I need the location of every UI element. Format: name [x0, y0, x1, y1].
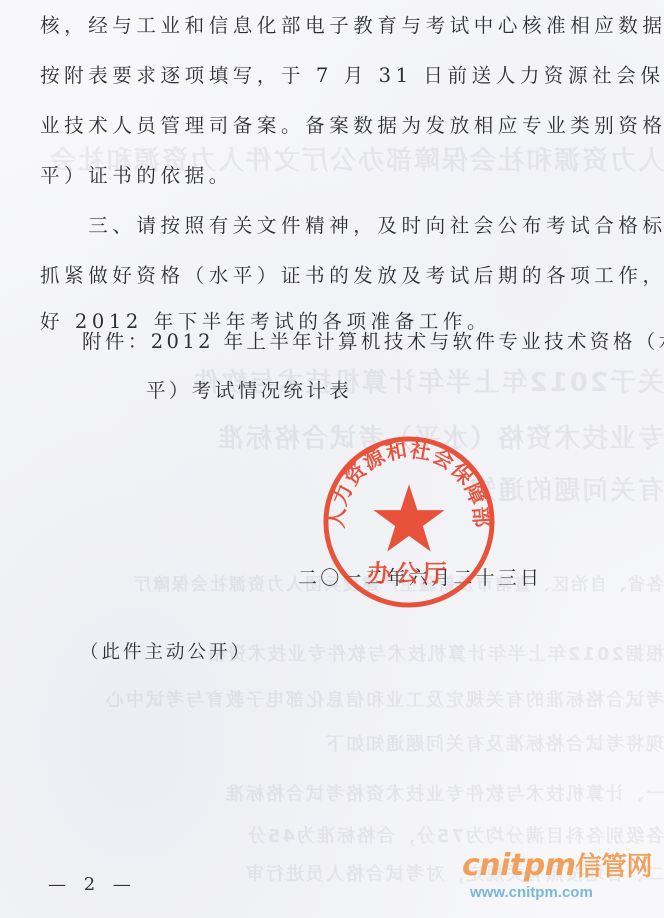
watermark-brand: cnitpm信管网	[462, 851, 662, 882]
official-seal-icon: 人力资源和社会保障部 办公厅	[320, 433, 498, 611]
attachment-line-1: 附件：2012 年上半年计算机技术与软件专业技术资格（水	[82, 326, 664, 354]
body-line: 按附表要求逐项填写，于 7 月 31 日前送人力资源社会保障部专	[40, 60, 664, 88]
bleed-through-text: 各级别各科目满分均为75分，合格标准为45分	[0, 822, 664, 848]
body-line: 抓紧做好资格（水平）证书的发放及考试后期的各项工作，并做	[40, 260, 664, 288]
body-line: 业技术人员管理司备案。备案数据为发放相应专业类别资格（水	[40, 110, 664, 138]
body-line: 核，经与工业和信息化部电子教育与考试中心核准相应数据后，	[40, 10, 664, 38]
watermark-logo: cnitpm信管网 www.cnitpm.com	[462, 851, 662, 901]
body-line: 平）证书的依据。	[40, 160, 233, 188]
page-number: — 2 —	[48, 874, 137, 895]
bleed-through-text: 一、计算机技术与软件专业技术资格考试合格标准	[0, 780, 664, 806]
bleed-through-text: 考试合格标准的有关规定及工业和信息化部电子教育与考试中心	[0, 686, 664, 712]
attachment-line-2: 平）考试情况统计表	[146, 375, 352, 403]
bleed-through-text: 现将考试合格标准及有关问题通知如下	[0, 730, 664, 756]
bleed-through-text: 专业技术资格（水平）考试合格标准	[0, 418, 664, 455]
disclosure-note: （此件主动公开）	[80, 638, 252, 664]
scanned-page: 人力资源和社会保障部办公厅文件人力资源和社会 关于2012年上半年计算机技术与软…	[0, 0, 664, 918]
watermark-url: www.cnitpm.com	[470, 884, 662, 901]
body-line: 三、请按照有关文件精神，及时向社会公布考试合格标准，	[40, 210, 664, 238]
svg-text:办公厅: 办公厅	[367, 559, 450, 587]
